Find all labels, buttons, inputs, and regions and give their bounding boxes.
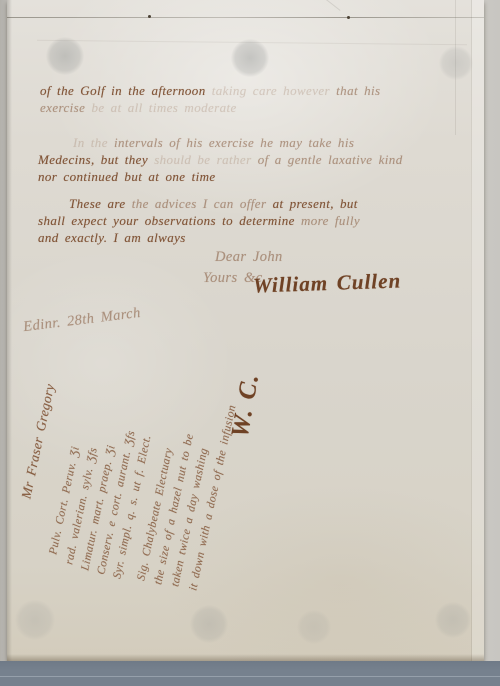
letter-line: exercise be at all times moderate bbox=[40, 100, 237, 116]
letter-line: In the intervals of his exercise he may … bbox=[73, 135, 354, 151]
letter-text-faded: should be rather bbox=[154, 152, 258, 167]
torn-edge-line bbox=[471, 0, 472, 661]
letter-text: nor continued but at one time bbox=[38, 169, 216, 184]
letter-line: of the Golf in the afternoon taking care… bbox=[40, 83, 381, 99]
smudge-mark bbox=[435, 602, 471, 638]
prescription-addressee: Mr Fraser Gregory bbox=[19, 383, 57, 500]
smudge-mark bbox=[297, 610, 331, 644]
letter-text: more fully bbox=[301, 213, 360, 228]
smudge-mark bbox=[190, 605, 228, 643]
ink-speck bbox=[148, 15, 151, 18]
letter-text: at present, but bbox=[273, 196, 358, 211]
smudge-mark bbox=[231, 39, 269, 77]
letter-text-faded: In the bbox=[73, 135, 114, 150]
letter-line: nor continued but at one time bbox=[38, 169, 216, 185]
dateline: Edinr. 28th March bbox=[22, 305, 141, 335]
closing-salutation: Dear John bbox=[215, 249, 283, 265]
ink-speck bbox=[347, 16, 350, 19]
smudge-mark bbox=[439, 46, 473, 80]
letter-text: Medecins, but they bbox=[38, 152, 154, 167]
letter-text: exercise bbox=[40, 100, 91, 115]
corner-crease bbox=[319, 0, 340, 11]
letter-text-faded: be at all times moderate bbox=[91, 100, 236, 115]
letter-text: the advices I can offer bbox=[132, 196, 273, 211]
signature: William Cullen bbox=[253, 272, 402, 293]
paper-right-torn-edge bbox=[472, 0, 484, 661]
letter-text: and exactly. I am always bbox=[38, 230, 186, 245]
letter-text: shall expect your observations to determ… bbox=[38, 213, 301, 228]
letter-text: intervals of his exercise bbox=[114, 135, 260, 150]
letter-line: and exactly. I am always bbox=[38, 230, 186, 246]
letter-text: These are bbox=[69, 196, 132, 211]
letter-text: he may take his bbox=[260, 135, 354, 150]
letter-line: Medecins, but they should be rather of a… bbox=[38, 152, 403, 168]
letter-text: that his bbox=[336, 83, 380, 98]
smudge-mark bbox=[15, 600, 55, 640]
letter-line: These are the advices I can offer at pre… bbox=[69, 196, 358, 212]
smudge-mark bbox=[46, 37, 84, 75]
table-edge-highlight bbox=[0, 676, 500, 677]
letter-text: of a gentle laxative kind bbox=[258, 152, 403, 167]
initials-monogram: W. C. bbox=[226, 370, 265, 440]
letter-line: shall expect your observations to determ… bbox=[38, 213, 360, 229]
horizontal-fold-crease bbox=[7, 17, 484, 18]
letter-photograph: of the Golf in the afternoon taking care… bbox=[0, 0, 500, 686]
table-surface bbox=[0, 661, 500, 686]
paper-left-edge-shade bbox=[7, 0, 12, 661]
letter-text: of the Golf in the afternoon bbox=[40, 83, 212, 98]
letter-text-faded: taking care however bbox=[212, 83, 336, 98]
letter-paper: of the Golf in the afternoon taking care… bbox=[7, 0, 484, 661]
